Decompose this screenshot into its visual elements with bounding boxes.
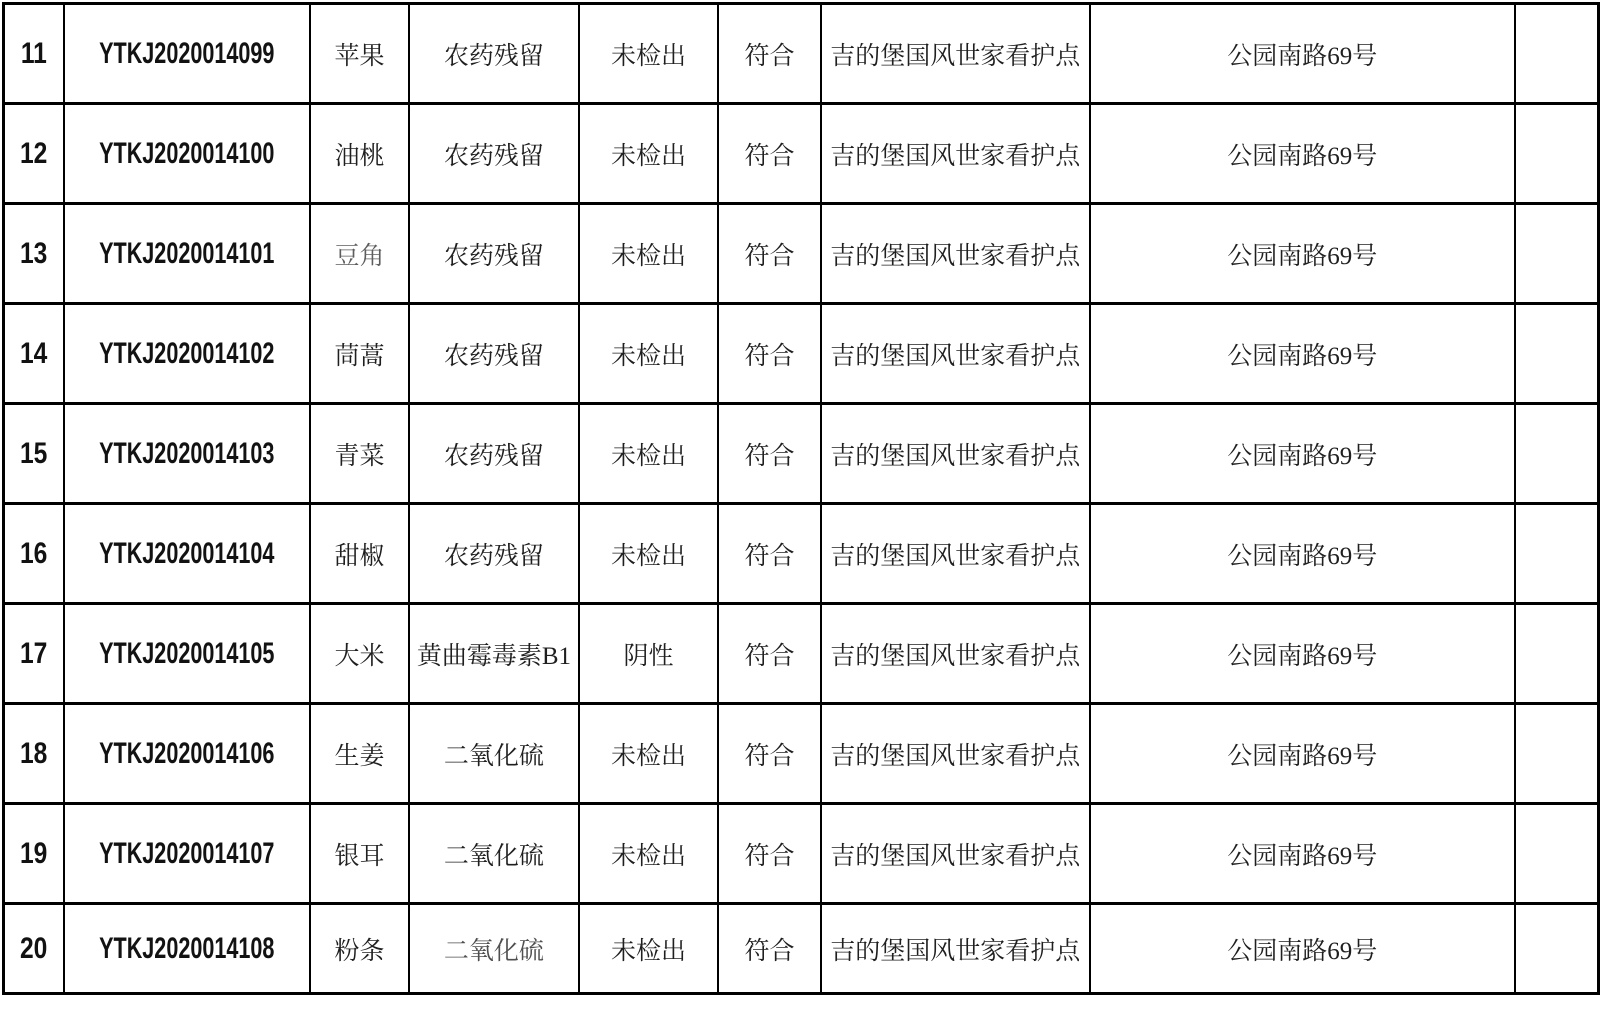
- cell-test-item: 农药残留: [409, 104, 578, 204]
- cell-sampling-site: 吉的堡国风世家看护点: [821, 904, 1090, 994]
- cell-address: 公园南路69号: [1090, 604, 1515, 704]
- cell-address: 公园南路69号: [1090, 904, 1515, 994]
- table-row: 14 YTKJ2020014102 茼蒿 农药残留 未检出 符合 吉的堡国风世家…: [4, 304, 1599, 404]
- cell-conclusion: 符合: [718, 904, 820, 994]
- cell-sampling-site: 吉的堡国风世家看护点: [821, 604, 1090, 704]
- cell-test-result: 未检出: [579, 204, 719, 304]
- cell-test-result: 未检出: [579, 4, 719, 104]
- cell-sample-name: 油桃: [310, 104, 410, 204]
- cell-row-number: 20: [4, 904, 65, 994]
- cell-row-number: 11: [4, 4, 65, 104]
- cell-conclusion: 符合: [718, 304, 820, 404]
- cell-test-item: 二氧化硫: [409, 904, 578, 994]
- cell-row-number: 14: [4, 304, 65, 404]
- row-number-text: 11: [21, 37, 47, 71]
- cell-sample-code: YTKJ2020014108: [64, 904, 310, 994]
- cell-remark: [1515, 4, 1599, 104]
- cell-remark: [1515, 204, 1599, 304]
- cell-remark: [1515, 504, 1599, 604]
- table-row: 12 YTKJ2020014100 油桃 农药残留 未检出 符合 吉的堡国风世家…: [4, 104, 1599, 204]
- cell-test-result: 阴性: [579, 604, 719, 704]
- cell-address: 公园南路69号: [1090, 204, 1515, 304]
- cell-row-number: 15: [4, 404, 65, 504]
- cell-sample-name: 大米: [310, 604, 410, 704]
- table-row: 19 YTKJ2020014107 银耳 二氧化硫 未检出 符合 吉的堡国风世家…: [4, 804, 1599, 904]
- cell-row-number: 19: [4, 804, 65, 904]
- cell-sampling-site: 吉的堡国风世家看护点: [821, 504, 1090, 604]
- cell-sample-code: YTKJ2020014107: [64, 804, 310, 904]
- sample-code-text: YTKJ2020014101: [99, 237, 274, 271]
- cell-remark: [1515, 904, 1599, 994]
- cell-remark: [1515, 704, 1599, 804]
- cell-remark: [1515, 804, 1599, 904]
- cell-sample-name: 生姜: [310, 704, 410, 804]
- row-number-text: 16: [20, 537, 47, 571]
- cell-sample-code: YTKJ2020014106: [64, 704, 310, 804]
- cell-sample-name: 银耳: [310, 804, 410, 904]
- cell-address: 公园南路69号: [1090, 504, 1515, 604]
- cell-sample-code: YTKJ2020014102: [64, 304, 310, 404]
- cell-conclusion: 符合: [718, 4, 820, 104]
- cell-test-result: 未检出: [579, 404, 719, 504]
- cell-row-number: 12: [4, 104, 65, 204]
- cell-address: 公园南路69号: [1090, 704, 1515, 804]
- sample-code-text: YTKJ2020014100: [99, 137, 274, 171]
- row-number-text: 13: [20, 237, 47, 271]
- cell-test-result: 未检出: [579, 304, 719, 404]
- cell-sample-name: 豆角: [310, 204, 410, 304]
- cell-sample-name: 青菜: [310, 404, 410, 504]
- row-number-text: 19: [20, 837, 47, 871]
- table-row: 16 YTKJ2020014104 甜椒 农药残留 未检出 符合 吉的堡国风世家…: [4, 504, 1599, 604]
- cell-address: 公园南路69号: [1090, 304, 1515, 404]
- cell-test-item: 农药残留: [409, 4, 578, 104]
- row-number-text: 17: [20, 637, 47, 671]
- sample-code-text: YTKJ2020014104: [99, 537, 274, 571]
- cell-test-result: 未检出: [579, 904, 719, 994]
- cell-test-result: 未检出: [579, 804, 719, 904]
- cell-test-item: 农药残留: [409, 504, 578, 604]
- cell-sample-code: YTKJ2020014099: [64, 4, 310, 104]
- cell-conclusion: 符合: [718, 604, 820, 704]
- cell-sample-code: YTKJ2020014100: [64, 104, 310, 204]
- cell-conclusion: 符合: [718, 504, 820, 604]
- cell-sample-code: YTKJ2020014104: [64, 504, 310, 604]
- row-number-text: 14: [20, 337, 47, 371]
- cell-row-number: 16: [4, 504, 65, 604]
- cell-sampling-site: 吉的堡国风世家看护点: [821, 204, 1090, 304]
- cell-sampling-site: 吉的堡国风世家看护点: [821, 104, 1090, 204]
- cell-address: 公园南路69号: [1090, 404, 1515, 504]
- sample-code-text: YTKJ2020014108: [99, 932, 274, 966]
- cell-test-item: 黄曲霉毒素B1: [409, 604, 578, 704]
- inspection-results-table: 11 YTKJ2020014099 苹果 农药残留 未检出 符合 吉的堡国风世家…: [2, 2, 1600, 995]
- cell-sample-name: 茼蒿: [310, 304, 410, 404]
- row-number-text: 15: [20, 437, 47, 471]
- table-row: 13 YTKJ2020014101 豆角 农药残留 未检出 符合 吉的堡国风世家…: [4, 204, 1599, 304]
- row-number-text: 18: [20, 737, 47, 771]
- table-row: 11 YTKJ2020014099 苹果 农药残留 未检出 符合 吉的堡国风世家…: [4, 4, 1599, 104]
- cell-address: 公园南路69号: [1090, 104, 1515, 204]
- cell-sample-name: 甜椒: [310, 504, 410, 604]
- cell-sampling-site: 吉的堡国风世家看护点: [821, 4, 1090, 104]
- table-row: 18 YTKJ2020014106 生姜 二氧化硫 未检出 符合 吉的堡国风世家…: [4, 704, 1599, 804]
- cell-conclusion: 符合: [718, 704, 820, 804]
- row-number-text: 20: [20, 932, 47, 966]
- cell-sampling-site: 吉的堡国风世家看护点: [821, 804, 1090, 904]
- sample-code-text: YTKJ2020014107: [99, 837, 274, 871]
- cell-remark: [1515, 404, 1599, 504]
- cell-sample-code: YTKJ2020014103: [64, 404, 310, 504]
- cell-conclusion: 符合: [718, 204, 820, 304]
- cell-row-number: 13: [4, 204, 65, 304]
- cell-sample-code: YTKJ2020014105: [64, 604, 310, 704]
- sample-code-text: YTKJ2020014102: [99, 337, 274, 371]
- cell-test-result: 未检出: [579, 704, 719, 804]
- sample-code-text: YTKJ2020014099: [99, 37, 274, 71]
- cell-test-item: 农药残留: [409, 304, 578, 404]
- cell-remark: [1515, 304, 1599, 404]
- cell-sampling-site: 吉的堡国风世家看护点: [821, 304, 1090, 404]
- cell-sample-name: 苹果: [310, 4, 410, 104]
- cell-test-result: 未检出: [579, 504, 719, 604]
- scanned-document-page: 11 YTKJ2020014099 苹果 农药残留 未检出 符合 吉的堡国风世家…: [0, 2, 1600, 1028]
- sample-code-text: YTKJ2020014106: [99, 737, 274, 771]
- cell-address: 公园南路69号: [1090, 804, 1515, 904]
- table-row: 15 YTKJ2020014103 青菜 农药残留 未检出 符合 吉的堡国风世家…: [4, 404, 1599, 504]
- cell-address: 公园南路69号: [1090, 4, 1515, 104]
- sample-code-text: YTKJ2020014105: [99, 637, 274, 671]
- cell-row-number: 18: [4, 704, 65, 804]
- cell-test-item: 二氧化硫: [409, 704, 578, 804]
- cell-conclusion: 符合: [718, 404, 820, 504]
- row-number-text: 12: [20, 137, 47, 171]
- sample-code-text: YTKJ2020014103: [99, 437, 274, 471]
- cell-row-number: 17: [4, 604, 65, 704]
- cell-test-item: 农药残留: [409, 204, 578, 304]
- cell-conclusion: 符合: [718, 104, 820, 204]
- cell-sample-name: 粉条: [310, 904, 410, 994]
- cell-sampling-site: 吉的堡国风世家看护点: [821, 704, 1090, 804]
- table-row: 17 YTKJ2020014105 大米 黄曲霉毒素B1 阴性 符合 吉的堡国风…: [4, 604, 1599, 704]
- table-row: 20 YTKJ2020014108 粉条 二氧化硫 未检出 符合 吉的堡国风世家…: [4, 904, 1599, 994]
- cell-remark: [1515, 104, 1599, 204]
- cell-remark: [1515, 604, 1599, 704]
- cell-sample-code: YTKJ2020014101: [64, 204, 310, 304]
- cell-test-result: 未检出: [579, 104, 719, 204]
- cell-sampling-site: 吉的堡国风世家看护点: [821, 404, 1090, 504]
- cell-test-item: 农药残留: [409, 404, 578, 504]
- cell-conclusion: 符合: [718, 804, 820, 904]
- cell-test-item: 二氧化硫: [409, 804, 578, 904]
